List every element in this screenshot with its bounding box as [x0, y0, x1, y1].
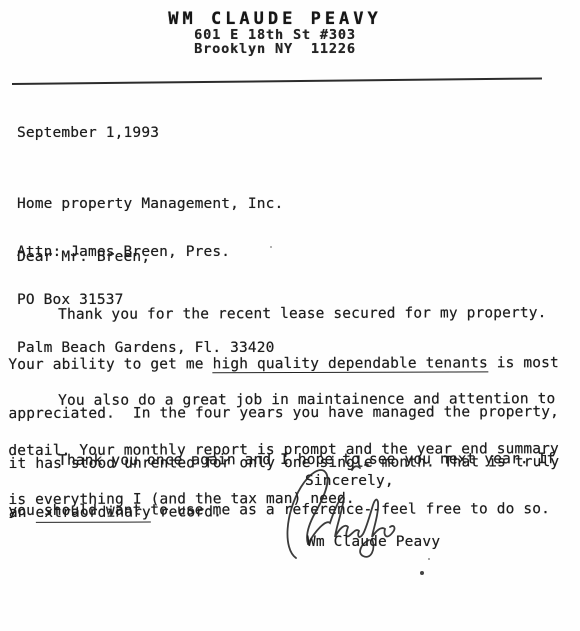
letterhead-city: Brooklyn NY 11226 [130, 43, 420, 57]
letterhead-divider [12, 77, 542, 84]
signature-name: Wm Claude Peavy [307, 534, 440, 551]
recipient-company: Home property Management, Inc. [17, 196, 283, 212]
scan-speck [420, 571, 424, 575]
scanned-letter-page: WM CLAUDE PEAVY 601 E 18th St #303 Brook… [0, 0, 580, 631]
salutation: Dear Mr. Breen, [17, 249, 150, 266]
scan-speck [428, 558, 430, 560]
letter-date: September 1,1993 [17, 125, 159, 142]
paragraph-1-line-1: Thank you for the recent lease secured f… [8, 305, 559, 323]
paragraph-2-line-1: You also do a great job in maintainence … [8, 391, 559, 409]
letterhead: WM CLAUDE PEAVY 601 E 18th St #303 Brook… [130, 10, 420, 56]
scan-speck [270, 246, 272, 248]
